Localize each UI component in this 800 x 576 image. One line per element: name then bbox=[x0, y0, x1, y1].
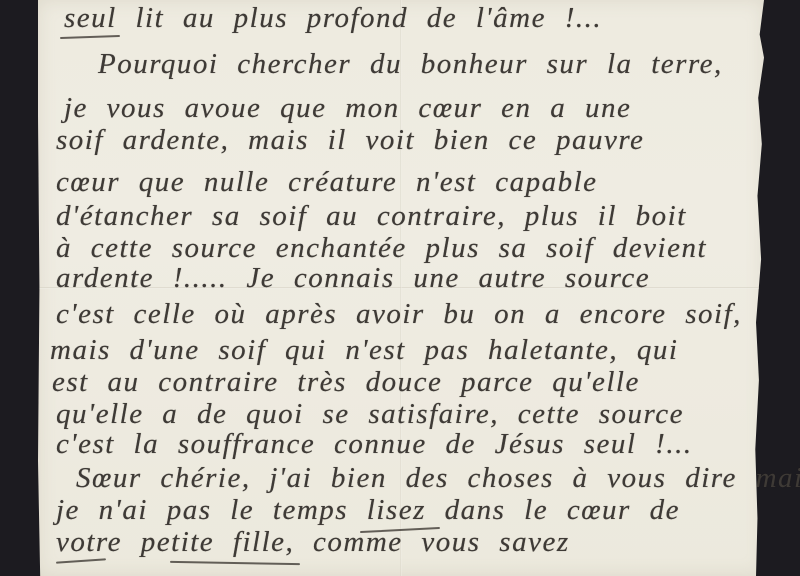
letter-line-15: je n'ai pas le temps lisez dans le cœur … bbox=[56, 494, 680, 527]
letter-line-1: seul lit au plus profond de l'âme !... bbox=[64, 2, 602, 35]
letter-line-12: qu'elle a de quoi se satisfaire, cette s… bbox=[56, 398, 684, 431]
letter-line-5: cœur que nulle créature n'est capable bbox=[56, 166, 598, 199]
letter-line-13: c'est la souffrance connue de Jésus seul… bbox=[56, 428, 693, 461]
letter-line-3: je vous avoue que mon cœur en a une bbox=[64, 92, 631, 125]
scanned-letter-page: seul lit au plus profond de l'âme !... P… bbox=[0, 0, 800, 576]
letter-line-10: mais d'une soif qui n'est pas haletante,… bbox=[50, 334, 679, 367]
letter-line-4: soif ardente, mais il voit bien ce pauvr… bbox=[56, 124, 644, 157]
letter-line-6: d'étancher sa soif au contraire, plus il… bbox=[56, 200, 687, 233]
letter-line-11: est au contraire très douce parce qu'ell… bbox=[52, 366, 640, 399]
letter-line-14: Sœur chérie, j'ai bien des choses à vous… bbox=[76, 462, 800, 495]
letter-line-2: Pourquoi chercher du bonheur sur la terr… bbox=[98, 48, 723, 81]
letter-line-16: votre petite fille, comme vous savez bbox=[56, 526, 570, 559]
letter-line-8: ardente !..... Je connais une autre sour… bbox=[56, 262, 650, 295]
letter-line-9: c'est celle où après avoir bu on a encor… bbox=[56, 298, 742, 331]
letter-line-7: à cette source enchantée plus sa soif de… bbox=[56, 232, 707, 265]
